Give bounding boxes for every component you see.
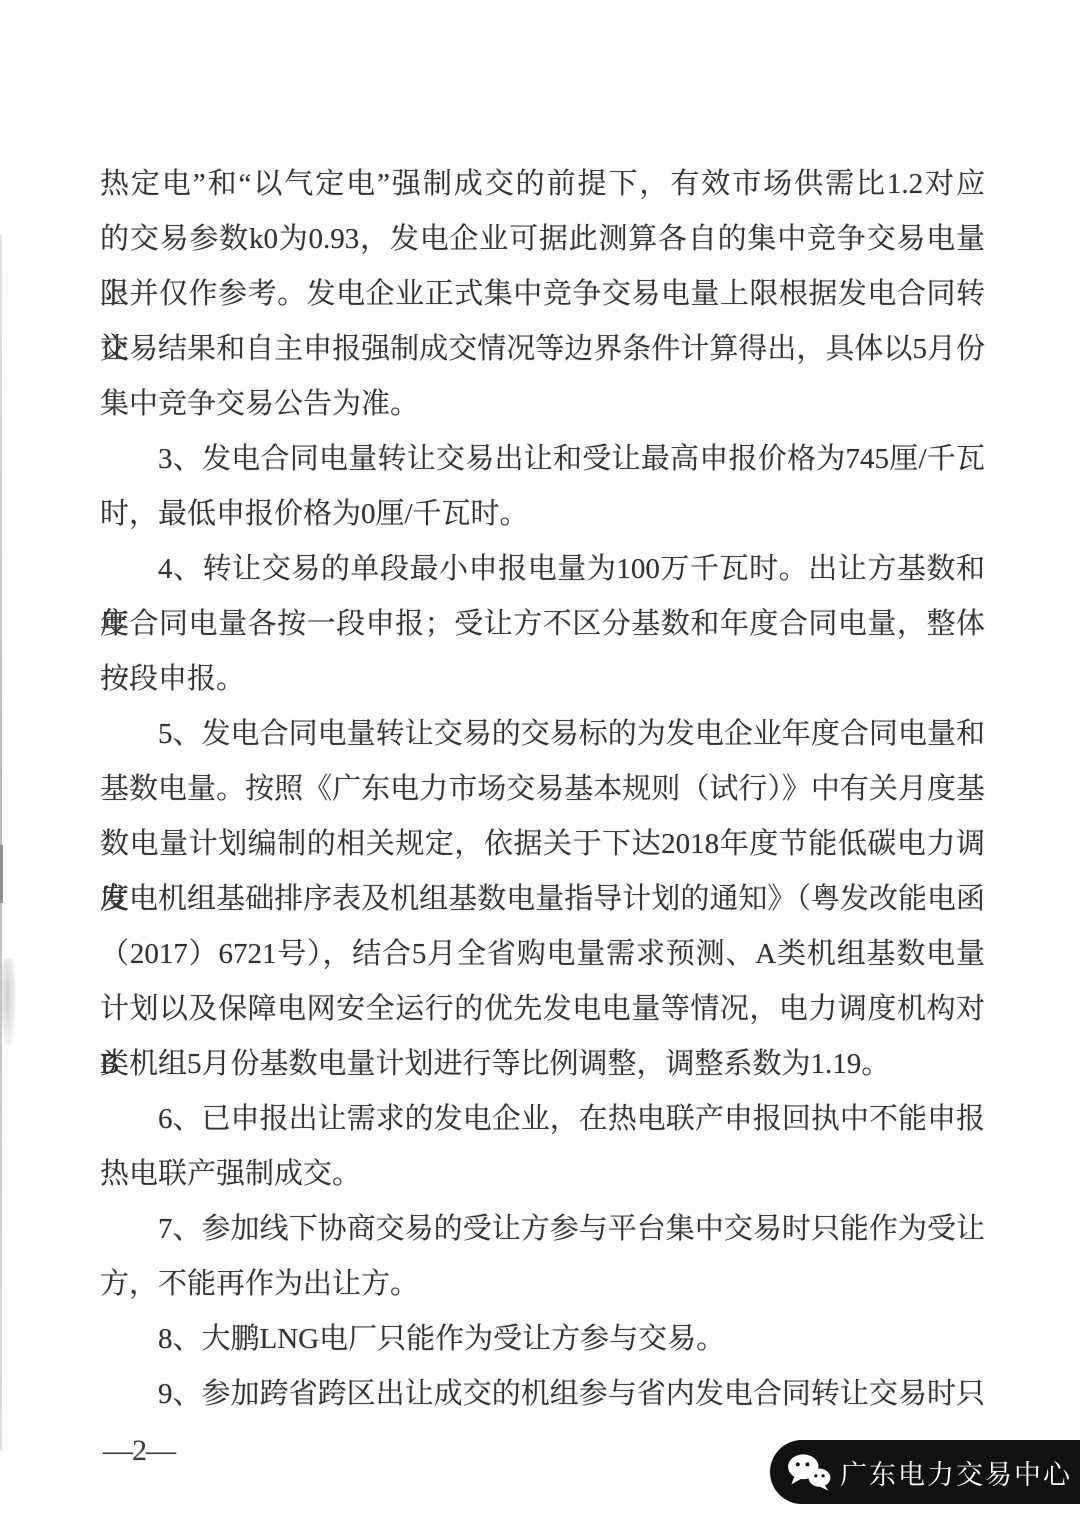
text-line: 基数电量。按照《广东电力市场交易基本规则（试行）》中有关月度基 <box>100 762 985 817</box>
scan-artifact-smudge <box>2 958 16 1050</box>
text-line: 4、转让交易的单段最小申报电量为100万千瓦时。出让方基数和年 <box>100 542 985 597</box>
text-line: 时，最低申报价格为0厘/千瓦时。 <box>100 487 985 542</box>
watermark-label: 广东电力交易中心 <box>840 1453 1072 1492</box>
text-line: 3、发电合同电量转让交易出让和受让最高申报价格为745厘/千瓦 <box>100 432 985 487</box>
text-line: 发电机组基础排序表及机组基数电量指导计划的通知》（粤发改能电函 <box>100 872 985 927</box>
text-line: 7、参加线下协商交易的受让方参与平台集中交易时只能作为受让 <box>100 1202 985 1257</box>
text-line: 方，不能再作为出让方。 <box>100 1257 985 1312</box>
text-line: 集中竞争交易公告为准。 <box>100 377 985 432</box>
wechat-watermark-bar: 广东电力交易中心 <box>770 1440 1080 1504</box>
text-line: 交易结果和自主申报强制成交情况等边界条件计算得出，具体以5月份 <box>100 322 985 377</box>
text-line: 计划以及保障电网安全运行的优先发电电量等情况，电力调度机构对B <box>100 982 985 1037</box>
text-line: 5、发电合同电量转让交易的交易标的为发电企业年度合同电量和 <box>100 707 985 762</box>
scan-artifact-left-line <box>0 235 2 1450</box>
text-line: 类机组5月份基数电量计划进行等比例调整，调整系数为1.19。 <box>100 1037 985 1092</box>
text-line: 热电联产强制成交。 <box>100 1147 985 1202</box>
page-number: —2— <box>103 1434 175 1468</box>
text-line: 数电量计划编制的相关规定，依据关于下达2018年度节能低碳电力调度 <box>100 817 985 872</box>
text-line: 6、已申报出让需求的发电企业，在热电联产申报回执中不能申报 <box>100 1092 985 1147</box>
text-line: 限并仅作参考。发电企业正式集中竞争交易电量上限根据发电合同转让 <box>100 267 985 322</box>
text-line: 8、大鹏LNG电厂只能作为受让方参与交易。 <box>100 1312 985 1367</box>
wechat-icon <box>786 1452 832 1492</box>
text-line: 的交易参数k0为0.93，发电企业可据此测算各自的集中竞争交易电量上 <box>100 212 985 267</box>
text-line: 9、参加跨省跨区出让成交的机组参与省内发电合同转让交易时只 <box>100 1367 985 1422</box>
text-line: 热定电”和“以气定电”强制成交的前提下，有效市场供需比1.2对应 <box>100 157 985 212</box>
scanned-document-page: 热定电”和“以气定电”强制成交的前提下，有效市场供需比1.2对应 的交易参数k0… <box>0 0 1080 1527</box>
document-body: 热定电”和“以气定电”强制成交的前提下，有效市场供需比1.2对应 的交易参数k0… <box>100 157 985 1422</box>
text-line: 一段申报。 <box>100 652 985 707</box>
scan-artifact-dark-segment <box>0 845 3 903</box>
text-line: 度合同电量各按一段申报；受让方不区分基数和年度合同电量，整体按 <box>100 597 985 652</box>
text-line: （2017）6721号），结合5月全省购电量需求预测、A类机组基数电量 <box>100 927 985 982</box>
